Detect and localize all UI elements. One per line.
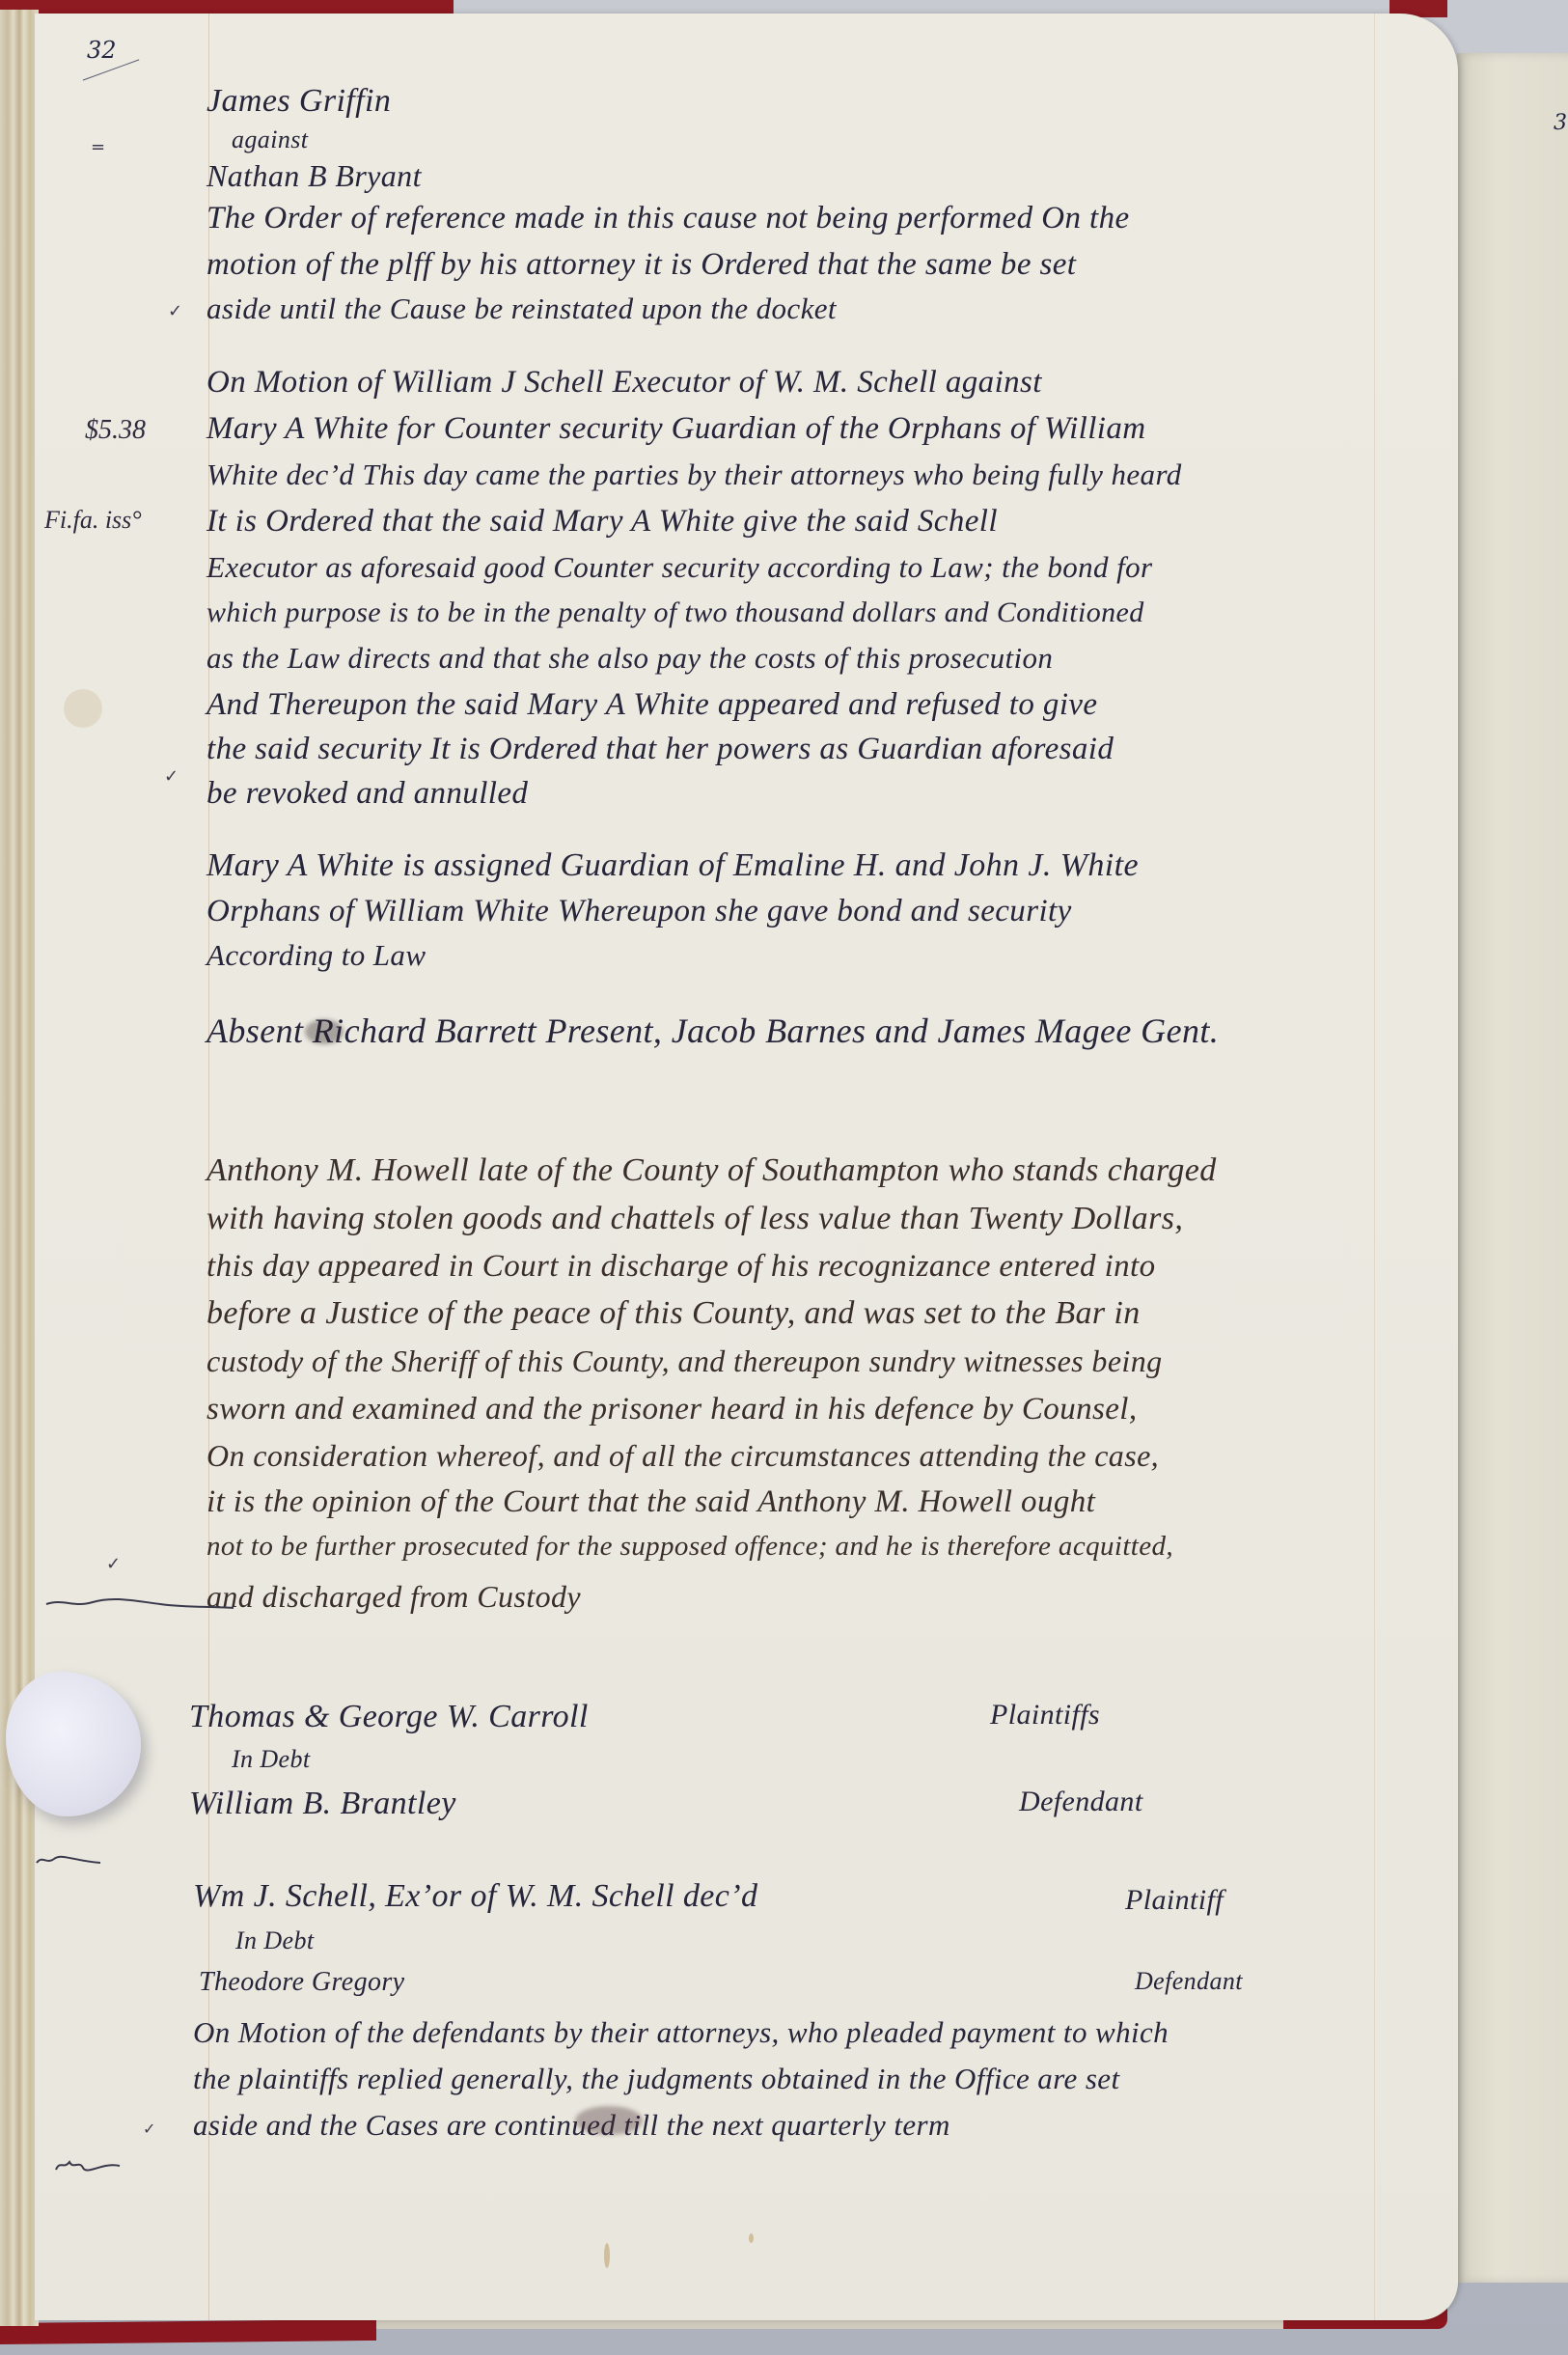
entry-line: Executor as aforesaid good Counter secur… [206, 552, 1152, 582]
stacked-page-edges [0, 10, 39, 2326]
entry-line: On Motion of William J Schell Executor o… [206, 367, 1042, 399]
case-defendant-role: Defendant [1135, 1969, 1243, 1994]
entry-line: and discharged from Custody [206, 1581, 581, 1612]
right-margin-rule [1374, 14, 1375, 2320]
case-plaintiff-role: Plaintiffs [990, 1701, 1100, 1730]
red-binding-bottom-left [0, 2319, 376, 2344]
case-plaintiff: Thomas & George W. Carroll [189, 1701, 589, 1733]
page-number: 32 [87, 37, 117, 64]
entry-line: On consideration whereof, and of all the… [206, 1440, 1159, 1471]
entry-line: motion of the plff by his attorney it is… [206, 249, 1076, 281]
margin-dash-mark: = [91, 137, 105, 157]
margin-flourish [35, 1853, 102, 1867]
case-defendant: Theodore Gregory [199, 1969, 405, 1996]
entry-line: The Order of reference made in this caus… [206, 203, 1130, 235]
entry-line: Mary A White for Counter security Guardi… [206, 413, 1145, 445]
entry-line: According to Law [206, 940, 426, 970]
entry-line: not to be further prosecuted for the sup… [206, 1533, 1173, 1561]
checkmark-icon: ✓ [164, 766, 179, 787]
entry-line: It is Ordered that the said Mary A White… [206, 506, 998, 538]
checkmark-icon: ✓ [168, 301, 182, 321]
writ-margin-note: Fi.fa. iss° [44, 506, 142, 535]
entry-line: the said security It is Ordered that her… [206, 734, 1114, 765]
ledger-page: 32 James Griffin against Nathan B Bryant… [35, 14, 1458, 2320]
facing-page-mark: 3 [1554, 111, 1567, 135]
paper-stain [64, 689, 102, 728]
facing-page-edge [1457, 53, 1568, 2283]
entry-line: which purpose is to be in the penalty of… [206, 598, 1144, 627]
checkmark-icon: ✓ [143, 2119, 155, 2138]
entry-line: sworn and examined and the prisoner hear… [206, 1394, 1138, 1426]
entry-line: custody of the Sheriff of this County, a… [206, 1345, 1163, 1376]
entry-line: aside and the Cases are continued till t… [193, 2110, 950, 2140]
case-plaintiff-role: Plaintiff [1125, 1886, 1224, 1915]
entry-line: the plaintiffs replied generally, the ju… [193, 2064, 1119, 2093]
entry-line: be revoked and annulled [206, 778, 528, 810]
entry-line: it is the opinion of the Court that the … [206, 1486, 1095, 1518]
case-plaintiff: James Griffin [206, 85, 391, 118]
entry-line: Mary A White is assigned Guardian of Ema… [206, 849, 1139, 882]
paper-stain [749, 2233, 754, 2243]
entry-line: Orphans of William White Whereupon she g… [206, 896, 1072, 928]
entry-end-flourish [44, 1596, 237, 1610]
paper-stain [604, 2243, 610, 2268]
justices-present-line: Absent Richard Barrett Present, Jacob Ba… [206, 1013, 1219, 1048]
ink-smudge [305, 1019, 344, 1044]
entry-line: this day appeared in Court in discharge … [206, 1251, 1156, 1283]
case-versus: In Debt [235, 1928, 315, 1953]
entry-line: as the Law directs and that she also pay… [206, 643, 1053, 673]
case-defendant: William B. Brantley [189, 1787, 456, 1820]
entry-line: with having stolen goods and chattels of… [206, 1203, 1183, 1235]
entry-line: before a Justice of the peace of this Co… [206, 1297, 1141, 1330]
fee-margin-note: $5.38 [85, 415, 146, 446]
entry-end-flourish [54, 2158, 122, 2172]
case-plaintiff: Wm J. Schell, Ex’or of W. M. Schell dec’… [193, 1880, 757, 1913]
entry-line: aside until the Cause be reinstated upon… [206, 293, 837, 323]
entry-line: Anthony M. Howell late of the County of … [206, 1154, 1217, 1187]
ink-smudge [575, 2106, 643, 2135]
checkmark-icon: ✓ [106, 1554, 121, 1574]
entry-line: And Thereupon the said Mary A White appe… [206, 689, 1097, 721]
case-versus: against [232, 127, 308, 152]
case-versus: In Debt [232, 1747, 311, 1772]
entry-line: On Motion of the defendants by their att… [193, 2017, 1169, 2047]
holding-thumb [6, 1672, 141, 1816]
case-defendant: Nathan B Bryant [206, 160, 422, 191]
entry-line: White dec’d This day came the parties by… [206, 459, 1182, 489]
case-defendant-role: Defendant [1019, 1787, 1143, 1816]
